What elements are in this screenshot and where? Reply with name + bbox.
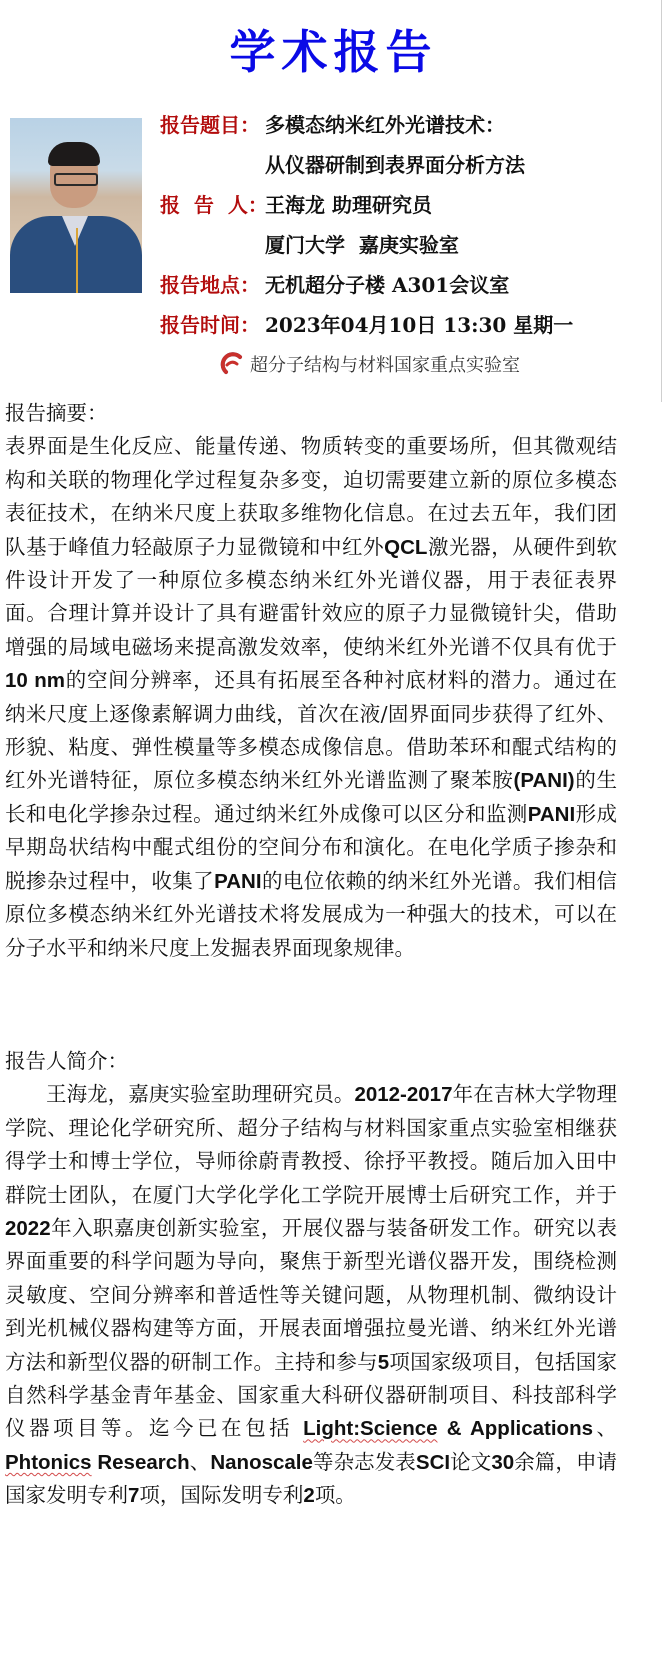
emphasized-text: 2022 xyxy=(5,1217,51,1240)
info-row-topic-cont: 从仪器研制到表界面分析方法 xyxy=(160,145,650,185)
speaker-photo xyxy=(10,118,142,293)
emphasized-text: 10 nm xyxy=(5,669,65,692)
bio-heading: 报告人简介： xyxy=(5,1045,617,1078)
body-text: 、 xyxy=(190,1450,211,1474)
info-row-affiliation: 厦门大学 嘉庚实验室 xyxy=(160,225,650,265)
affiliation-value: 厦门大学 嘉庚实验室 xyxy=(265,225,459,265)
location-label: 报告地点： xyxy=(160,265,265,305)
talk-info: 报告题目： 多模态纳米红外光谱技术： 从仪器研制到表界面分析方法 报 告 人： … xyxy=(160,105,650,345)
emphasized-text: Research xyxy=(92,1451,190,1474)
emphasized-text: 30 xyxy=(491,1451,514,1474)
lab-logo-icon xyxy=(218,350,246,378)
abstract-heading: 报告摘要： xyxy=(5,397,617,430)
poster-title: 学术报告 xyxy=(0,22,667,82)
time-value: 2023年04月10日 13:30 星期一 xyxy=(265,305,573,345)
speaker-label: 报 告 人： xyxy=(160,185,265,225)
info-row-location: 报告地点： 无机超分子楼 A301会议室 xyxy=(160,265,650,305)
emphasized-text: PANI xyxy=(528,803,575,826)
photo-hair xyxy=(48,142,100,166)
photo-glasses xyxy=(54,173,98,186)
emphasized-text: Light:Science xyxy=(303,1417,437,1440)
bio-body: 王海龙，嘉庚实验室助理研究员。2012-2017年在吉林大学物理学院、理论化学研… xyxy=(5,1078,617,1512)
info-row-time: 报告时间： 2023年04月10日 13:30 星期一 xyxy=(160,305,650,345)
emphasized-text: (PANI) xyxy=(514,769,575,792)
time-label: 报告时间： xyxy=(160,305,265,345)
location-value: 无机超分子楼 A301会议室 xyxy=(265,265,509,305)
body-text: 、 xyxy=(593,1416,617,1440)
speaker-value: 王海龙 助理研究员 xyxy=(265,185,432,225)
photo-zipper xyxy=(76,228,78,293)
emphasized-text: SCI xyxy=(416,1451,450,1474)
topic-label: 报告题目： xyxy=(160,105,265,145)
body-text: 王海龙，嘉庚实验室助理研究员。 xyxy=(46,1082,354,1106)
body-text: 论文 xyxy=(450,1450,491,1474)
emphasized-text: 5 xyxy=(378,1351,389,1374)
emphasized-text: & Applications xyxy=(438,1417,593,1440)
topic-value-line1: 多模态纳米红外光谱技术： xyxy=(265,105,505,145)
emphasized-text: 2012-2017 xyxy=(354,1083,452,1106)
info-row-topic: 报告题目： 多模态纳米红外光谱技术： xyxy=(160,105,650,145)
emphasized-text: Nanoscale xyxy=(210,1451,313,1474)
abstract-section: 报告摘要： 表界面是生化反应、能量传递、物质转变的重要场所，但其微观结构和关联的… xyxy=(5,397,617,965)
body-text: 项，国际发明专利 xyxy=(139,1483,303,1507)
emphasized-text: 2 xyxy=(303,1484,314,1507)
body-text: 等杂志发表 xyxy=(313,1450,416,1474)
info-row-speaker: 报 告 人： 王海龙 助理研究员 xyxy=(160,185,650,225)
emphasized-text: PANI xyxy=(214,870,261,893)
emphasized-text: QCL xyxy=(384,536,427,559)
body-text: 项。 xyxy=(315,1483,356,1507)
emphasized-text: 7 xyxy=(128,1484,139,1507)
lab-affiliation: 超分子结构与材料国家重点实验室 xyxy=(218,350,520,378)
lab-name: 超分子结构与材料国家重点实验室 xyxy=(250,351,520,377)
bio-section: 报告人简介： 王海龙，嘉庚实验室助理研究员。2012-2017年在吉林大学物理学… xyxy=(5,1045,617,1513)
abstract-body: 表界面是生化反应、能量传递、物质转变的重要场所，但其微观结构和关联的物理化学过程… xyxy=(5,430,617,965)
topic-value-line2: 从仪器研制到表界面分析方法 xyxy=(265,145,525,185)
emphasized-text: Phtonics xyxy=(5,1451,92,1474)
